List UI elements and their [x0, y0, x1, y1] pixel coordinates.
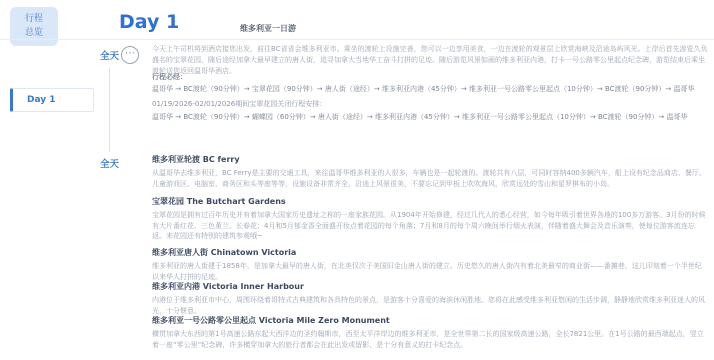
sidebar-item-day1[interactable]: Day 1: [10, 88, 94, 112]
route-required-label: 行程必经：: [152, 72, 708, 82]
poi-title: 维多利亚内港 Victoria Inner Harbour: [152, 281, 708, 292]
poi-description: 从温哥华去维多利亚，BC Ferry是主要的交通工具，来往温哥华维多利亚的人很多…: [152, 168, 708, 189]
poi-title: 维多利亚轮渡 BC ferry: [152, 154, 708, 165]
alt-route-label: 01/19/2026-02/01/2026期间宝翠花园关闭行程安排：: [152, 99, 708, 109]
timeline-connector-line: [109, 68, 110, 152]
poi-title: 维多利亚唐人街 Chinatown Victoria: [152, 247, 708, 258]
time-label-all-day-1: 全天: [100, 48, 119, 62]
poi-section-bc-ferry: 维多利亚轮渡 BC ferry 从温哥华去维多利亚，BC Ferry是主要的交通…: [152, 154, 708, 189]
header-divider: [0, 39, 714, 40]
poi-section-chinatown: 维多利亚唐人街 Chinatown Victoria 维多利亚的唐人街建于185…: [152, 247, 708, 282]
poi-section-inner-harbour: 维多利亚内港 Victoria Inner Harbour 内港位于维多利亚市中…: [152, 281, 708, 316]
poi-section-butchart-gardens: 宝翠花园 The Butchart Gardens 宝翠花园是拥有过百年历史并有…: [152, 196, 708, 242]
poi-description: 横贯加拿大东西的第1号高速公路东起大西洋边的圣约翰斯市，西至太平洋岸边的维多利亚…: [152, 329, 708, 350]
time-label-all-day-2: 全天: [100, 156, 119, 170]
page-title-day: Day 1: [119, 11, 179, 33]
poi-title: 宝翠花园 The Butchart Gardens: [152, 196, 708, 207]
poi-description: 内港位于维多利亚市中心，周围环绕着哥特式古典建筑和各具特色的景点，是游客十分喜爱…: [152, 295, 708, 316]
main-route-line: 温哥华 → BC渡轮（90分钟）→ 宝翠花园（90分钟）→ 唐人街（途经）→ 维…: [152, 84, 708, 94]
more-options-button[interactable]: ⋯: [121, 46, 139, 64]
poi-section-mile-zero: 维多利亚一号公路零公里起点 Victoria Mile Zero Monumen…: [152, 315, 708, 350]
poi-description: 宝翠花园是拥有过百年历史并有着加拿大国家历史遗址之称的一座家族花园。从1904年…: [152, 210, 708, 242]
day-subtitle: 维多利亚一日游: [240, 23, 296, 34]
alt-route-line: 温哥华 → BC渡轮（90分钟）→ 蝴蝶园（60分钟）→ 唐人街（途经）→ 维多…: [152, 112, 708, 122]
sidebar-item-day1-label: Day 1: [27, 95, 56, 105]
poi-description: 维多利亚的唐人街建于1858年，是加拿大最早的唐人街，在北美仅次于美国旧金山唐人…: [152, 261, 708, 282]
ellipsis-icon: ⋯: [125, 48, 135, 59]
poi-title: 维多利亚一号公路零公里起点 Victoria Mile Zero Monumen…: [152, 315, 708, 326]
itinerary-page: 行程 总览 Day 1 Day 1 维多利亚一日游 全天 ⋯ 全天 今天上午司机…: [0, 0, 714, 360]
